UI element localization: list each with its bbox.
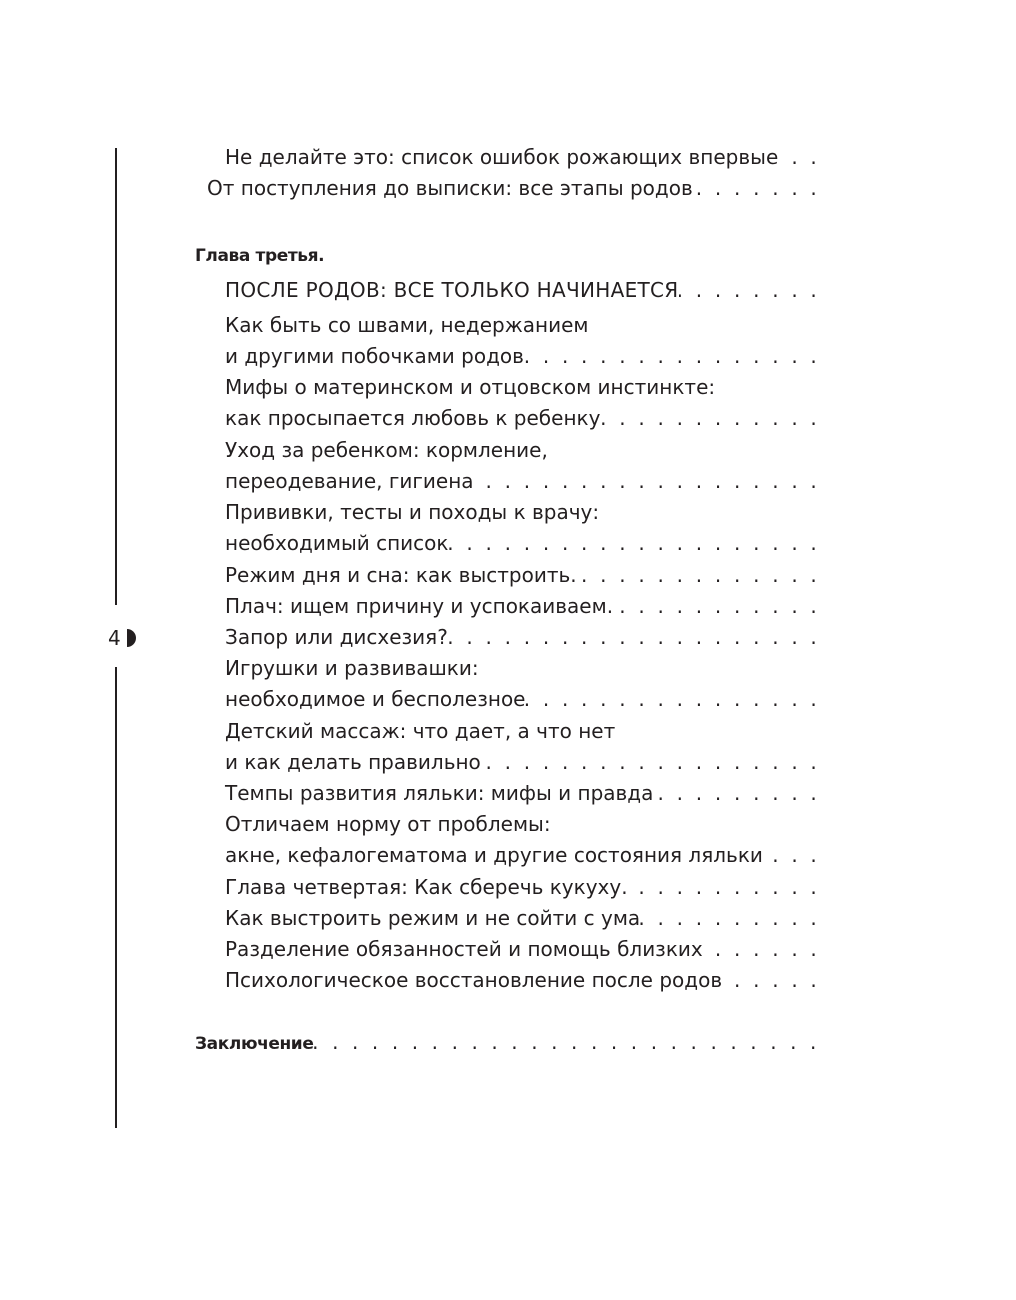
toc-entry-text: и другими побочками родов [225, 341, 524, 372]
toc-entry[interactable]: Глава четвертая: Как сберечь кукуху.. . … [225, 872, 820, 903]
dot-leader: . . . . . . . . . . . . . . . . . . . . … [613, 591, 820, 622]
half-circle-icon [127, 629, 136, 647]
dot-leader: . . . . . . . . . . . . . . . . . . . . … [481, 747, 820, 778]
toc-entry-conclusion[interactable]: Заключение . . . . . . . . . . . . . . .… [195, 1030, 820, 1054]
toc-entry[interactable]: Режим дня и сна: как выстроить.. . . . .… [225, 560, 820, 591]
toc-entry-line: Глава четвертая: Как сберечь кукуху.. . … [225, 872, 820, 903]
dot-leader: . . . . . . . . . . . . . . . . . . . . … [600, 403, 820, 434]
dot-leader: . . . . . . . . . . . . . . . . . . . . … [778, 142, 820, 173]
toc-entry[interactable]: Как быть со швами, недержаниеми другими … [225, 310, 820, 372]
dot-leader: . . . . . . . . . . . . . . . . . . . . … [448, 528, 820, 559]
toc-entry-text: Детский массаж: что дает, а что нет [225, 716, 615, 747]
page-marker: 4 [108, 625, 136, 651]
toc-entry-line: Разделение обязанностей и помощь близких… [225, 934, 820, 965]
chapter-heading: Глава третья. [195, 246, 324, 266]
toc-entry-text: необходимое и бесполезное [225, 684, 525, 715]
toc-entry-text: Как выстроить режим и не сойти с ума [225, 903, 640, 934]
dot-leader: . . . . . . . . . . . . . . . . . . . . … [653, 778, 820, 809]
toc-entry-text: как просыпается любовь к ребенку [225, 403, 600, 434]
toc-entry[interactable]: Запор или дисхезия?. . . . . . . . . . .… [225, 622, 820, 653]
toc-entry-text: Не делайте это: список ошибок рожающих в… [225, 142, 778, 173]
toc-entry-line: переодевание, гигиена. . . . . . . . . .… [225, 466, 820, 497]
toc-entry-text: Режим дня и сна: как выстроить. [225, 560, 577, 591]
toc-entry[interactable]: Разделение обязанностей и помощь близких… [225, 934, 820, 965]
toc-entry-line: Плач: ищем причину и успокаиваем.. . . .… [225, 591, 820, 622]
dot-leader: . . . . . . . . . . . . . . . . . . . . … [703, 934, 820, 965]
dot-leader: . . . . . . . . . . . . . . . . . . . . … [313, 1030, 820, 1054]
toc-entry-line: ПОСЛЕ РОДОВ: ВСЕ ТОЛЬКО НАЧИНАЕТСЯ. . . … [225, 275, 820, 306]
toc-entry[interactable]: Как выстроить режим и не сойти с ума. . … [225, 903, 820, 934]
toc-entry-line: Игрушки и развивашки: [225, 653, 820, 684]
dot-leader: . . . . . . . . . . . . . . . . . . . . … [679, 275, 821, 306]
dot-leader: . . . . . . . . . . . . . . . . . . . . … [628, 872, 820, 903]
toc-entry-line: Темпы развития ляльки: мифы и правда. . … [225, 778, 820, 809]
toc-entry-text: Отличаем норму от проблемы: [225, 809, 551, 840]
toc-entry-text: необходимый список [225, 528, 448, 559]
dot-leader: . . . . . . . . . . . . . . . . . . . . … [577, 560, 820, 591]
toc-entry-text: Разделение обязанностей и помощь близких [225, 934, 703, 965]
toc-entry-line: Психологическое восстановление после род… [225, 965, 820, 996]
chapter-title[interactable]: ПОСЛЕ РОДОВ: ВСЕ ТОЛЬКО НАЧИНАЕТСЯ. . . … [225, 275, 820, 306]
toc-entry[interactable]: От поступления до выписки: все этапы род… [207, 173, 820, 204]
dot-leader: . . . . . . . . . . . . . . . . . . . . … [474, 466, 820, 497]
toc-entry[interactable]: Прививки, тесты и походы к врачу:необход… [225, 497, 820, 559]
toc-entry[interactable]: Темпы развития ляльки: мифы и правда. . … [225, 778, 820, 809]
toc-entry-line: Запор или дисхезия?. . . . . . . . . . .… [225, 622, 820, 653]
toc-entry-text: Глава четвертая: Как сберечь кукуху. [225, 872, 628, 903]
dot-leader: . . . . . . . . . . . . . . . . . . . . … [722, 965, 820, 996]
toc-entry-line: От поступления до выписки: все этапы род… [207, 173, 820, 204]
toc-entry-line: Не делайте это: список ошибок рожающих в… [225, 142, 820, 173]
toc-entry-text: Психологическое восстановление после род… [225, 965, 722, 996]
toc-entry-text: Прививки, тесты и походы к врачу: [225, 497, 599, 528]
toc-entry-line: необходимое и бесполезное. . . . . . . .… [225, 684, 820, 715]
toc-entry[interactable]: Психологическое восстановление после род… [225, 965, 820, 996]
toc-entry-line: акне, кефалогематома и другие состояния … [225, 840, 820, 871]
dot-leader: . . . . . . . . . . . . . . . . . . . . … [448, 622, 820, 653]
toc-entry-text: От поступления до выписки: все этапы род… [207, 173, 693, 204]
toc-entry[interactable]: Игрушки и развивашки:необходимое и беспо… [225, 653, 820, 715]
toc-entry-text: Мифы о материнском и отцовском инстинкте… [225, 372, 715, 403]
toc-entry-text: Темпы развития ляльки: мифы и правда [225, 778, 653, 809]
toc-entry[interactable]: Детский массаж: что дает, а что нети как… [225, 716, 820, 778]
dot-leader: . . . . . . . . . . . . . . . . . . . . … [524, 341, 820, 372]
toc-entry-text: Плач: ищем причину и успокаиваем. [225, 591, 613, 622]
toc-entry-line: Мифы о материнском и отцовском инстинкте… [225, 372, 820, 403]
toc-entry-line: Как выстроить режим и не сойти с ума. . … [225, 903, 820, 934]
dot-leader: . . . . . . . . . . . . . . . . . . . . … [763, 840, 820, 871]
toc-entry[interactable]: Отличаем норму от проблемы:акне, кефалог… [225, 809, 820, 871]
left-margin-rule-bottom [115, 667, 117, 1128]
toc-entry-text: Запор или дисхезия? [225, 622, 448, 653]
toc-entry-text: Игрушки и развивашки: [225, 653, 479, 684]
toc-entry-text: Уход за ребенком: кормление, [225, 435, 548, 466]
dot-leader: . . . . . . . . . . . . . . . . . . . . … [693, 173, 820, 204]
page-number: 4 [108, 625, 121, 651]
toc-entry[interactable]: Мифы о материнском и отцовском инстинкте… [225, 372, 820, 434]
left-margin-rule-top [115, 148, 117, 605]
toc-entry-line: как просыпается любовь к ребенку. . . . … [225, 403, 820, 434]
toc-entry-line: Отличаем норму от проблемы: [225, 809, 820, 840]
toc-entry-text: Как быть со швами, недержанием [225, 310, 589, 341]
toc-entry-line: Прививки, тесты и походы к врачу: [225, 497, 820, 528]
dot-leader: . . . . . . . . . . . . . . . . . . . . … [640, 903, 820, 934]
toc-entry-line: Уход за ребенком: кормление, [225, 435, 820, 466]
toc-entry[interactable]: Уход за ребенком: кормление,переодевание… [225, 435, 820, 497]
toc-entry-line: и как делать правильно. . . . . . . . . … [225, 747, 820, 778]
toc-entry-text: и как делать правильно [225, 747, 481, 778]
toc-entry-line: и другими побочками родов. . . . . . . .… [225, 341, 820, 372]
toc-entry-line: Детский массаж: что дает, а что нет [225, 716, 820, 747]
dot-leader: . . . . . . . . . . . . . . . . . . . . … [525, 684, 820, 715]
toc-entry-line: необходимый список. . . . . . . . . . . … [225, 528, 820, 559]
toc-entry-line: Как быть со швами, недержанием [225, 310, 820, 341]
toc-entry[interactable]: Не делайте это: список ошибок рожающих в… [225, 142, 820, 173]
toc-entry-line: Режим дня и сна: как выстроить.. . . . .… [225, 560, 820, 591]
toc-entry-text: акне, кефалогематома и другие состояния … [225, 840, 763, 871]
toc-entry-text: переодевание, гигиена [225, 466, 474, 497]
toc-entry[interactable]: Плач: ищем причину и успокаиваем.. . . .… [225, 591, 820, 622]
conclusion-title: Заключение [195, 1034, 313, 1054]
chapter-title-text: ПОСЛЕ РОДОВ: ВСЕ ТОЛЬКО НАЧИНАЕТСЯ [225, 275, 679, 306]
